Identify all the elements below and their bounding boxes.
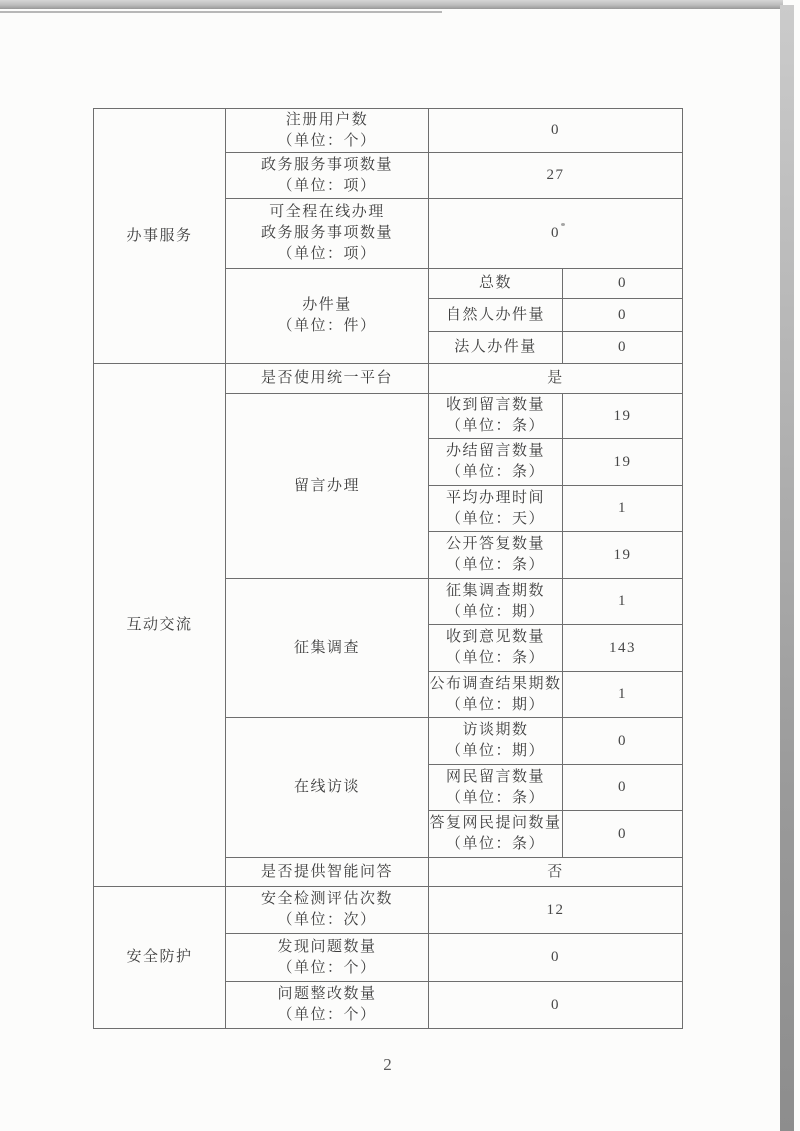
sub-netizen-messages-cell: 网民留言数量 （单位：条） — [429, 765, 563, 811]
item-label: 政务服务事项数量 — [226, 223, 428, 244]
item-security-assessments-cell: 安全检测评估次数 （单位：次） — [226, 887, 429, 934]
value-opinions-received: 143 — [563, 625, 683, 672]
value-messages-received: 19 — [563, 394, 683, 439]
item-problems-rectified-cell: 问题整改数量 （单位：个） — [226, 982, 429, 1029]
sub-public-replies-cell: 公开答复数量 （单位：条） — [429, 532, 563, 579]
value-average-handling-time: 1 — [563, 486, 683, 532]
group-survey-cell: 征集调查 — [226, 579, 429, 718]
sub-label: 办结留言数量 — [429, 441, 562, 462]
item-label: 注册用户数 — [226, 110, 428, 131]
sub-questions-answered-cell: 答复网民提问数量 （单位：条） — [429, 811, 563, 858]
item-label: 发现问题数量 — [226, 937, 428, 958]
sub-unit: （单位：天） — [429, 509, 562, 530]
item-unit: （单位：个） — [226, 1005, 428, 1026]
value-service-items: 27 — [429, 153, 683, 199]
sub-unit: （单位：期） — [429, 602, 562, 623]
scan-edge-top-line — [0, 11, 442, 13]
scan-edge-top — [0, 0, 783, 9]
category-security-label: 安全防护 — [94, 947, 225, 968]
government-website-report-table: 办事服务 注册用户数 （单位：个） 0 政务服务事项数量 （单位：项） 27 可… — [93, 108, 683, 1029]
sub-unit: （单位：条） — [429, 834, 562, 855]
item-label: 安全检测评估次数 — [226, 889, 428, 910]
sub-results-published-cell: 公布调查结果期数 （单位：期） — [429, 672, 563, 718]
category-security-cell: 安全防护 — [94, 887, 226, 1029]
value-interview-periods: 0 — [563, 718, 683, 765]
scan-edge-right — [780, 5, 794, 1131]
value-total-cases: 0 — [563, 269, 683, 299]
sub-interview-periods-cell: 访谈期数 （单位：期） — [429, 718, 563, 765]
value-problems-rectified: 0 — [429, 982, 683, 1029]
item-unit: （单位：项） — [226, 176, 428, 197]
sub-label: 网民留言数量 — [429, 767, 562, 788]
value-natural-person-cases: 0 — [563, 299, 683, 332]
sub-opinions-received-cell: 收到意见数量 （单位：条） — [429, 625, 563, 672]
scan-speck — [561, 223, 565, 226]
sub-label: 访谈期数 — [429, 720, 562, 741]
value-smart-qa: 否 — [429, 858, 683, 887]
sub-label-legal-person: 法人办件量 — [429, 332, 563, 364]
value-online-service-items: 0 — [429, 199, 683, 269]
value-unified-platform: 是 — [429, 364, 683, 394]
sub-label: 收到意见数量 — [429, 627, 562, 648]
group-unit: （单位：件） — [226, 316, 428, 337]
sub-unit: （单位：条） — [429, 788, 562, 809]
sub-unit: （单位：条） — [429, 462, 562, 483]
category-service-label: 办事服务 — [94, 226, 225, 247]
value-results-published: 1 — [563, 672, 683, 718]
page-number: 2 — [93, 1055, 682, 1075]
sub-label: 公布调查结果期数 — [429, 674, 562, 695]
group-online-interview-cell: 在线访谈 — [226, 718, 429, 858]
sub-messages-received-cell: 收到留言数量 （单位：条） — [429, 394, 563, 439]
sub-label: 征集调查期数 — [429, 581, 562, 602]
value-netizen-messages: 0 — [563, 765, 683, 811]
group-label: 办件量 — [226, 295, 428, 316]
sub-average-handling-time-cell: 平均办理时间 （单位：天） — [429, 486, 563, 532]
item-unit: （单位：个） — [226, 131, 428, 152]
sub-survey-periods-cell: 征集调查期数 （单位：期） — [429, 579, 563, 625]
item-service-items-cell: 政务服务事项数量 （单位：项） — [226, 153, 429, 199]
item-online-service-items-cell: 可全程在线办理 政务服务事项数量 （单位：项） — [226, 199, 429, 269]
category-interaction-cell: 互动交流 — [94, 364, 226, 887]
group-case-volume-cell: 办件量 （单位：件） — [226, 269, 429, 364]
sub-label: 公开答复数量 — [429, 534, 562, 555]
sub-messages-completed-cell: 办结留言数量 （单位：条） — [429, 439, 563, 486]
value-problems-found: 0 — [429, 934, 683, 982]
item-unified-platform-cell: 是否使用统一平台 — [226, 364, 429, 394]
sub-label-natural-person: 自然人办件量 — [429, 299, 563, 332]
item-problems-found-cell: 发现问题数量 （单位：个） — [226, 934, 429, 982]
category-interaction-label: 互动交流 — [94, 615, 225, 636]
value-registered-users: 0 — [429, 109, 683, 153]
item-unit: （单位：次） — [226, 910, 428, 931]
group-message-handling-cell: 留言办理 — [226, 394, 429, 579]
category-service-cell: 办事服务 — [94, 109, 226, 364]
sub-unit: （单位：期） — [429, 695, 562, 716]
sub-label: 平均办理时间 — [429, 488, 562, 509]
sub-label-total: 总数 — [429, 269, 563, 299]
item-label: 可全程在线办理 — [226, 202, 428, 223]
item-unit: （单位：项） — [226, 244, 428, 265]
sub-unit: （单位：条） — [429, 416, 562, 437]
sub-unit: （单位：条） — [429, 648, 562, 669]
item-label: 政务服务事项数量 — [226, 155, 428, 176]
sub-label: 答复网民提问数量 — [429, 813, 562, 834]
value-security-assessments: 12 — [429, 887, 683, 934]
value-public-replies: 19 — [563, 532, 683, 579]
value-survey-periods: 1 — [563, 579, 683, 625]
sub-label: 收到留言数量 — [429, 395, 562, 416]
value-questions-answered: 0 — [563, 811, 683, 858]
value-messages-completed: 19 — [563, 439, 683, 486]
sub-unit: （单位：条） — [429, 555, 562, 576]
item-unit: （单位：个） — [226, 958, 428, 979]
item-smart-qa-cell: 是否提供智能问答 — [226, 858, 429, 887]
sub-unit: （单位：期） — [429, 741, 562, 762]
value-legal-person-cases: 0 — [563, 332, 683, 364]
item-registered-users-cell: 注册用户数 （单位：个） — [226, 109, 429, 153]
item-label: 问题整改数量 — [226, 984, 428, 1005]
